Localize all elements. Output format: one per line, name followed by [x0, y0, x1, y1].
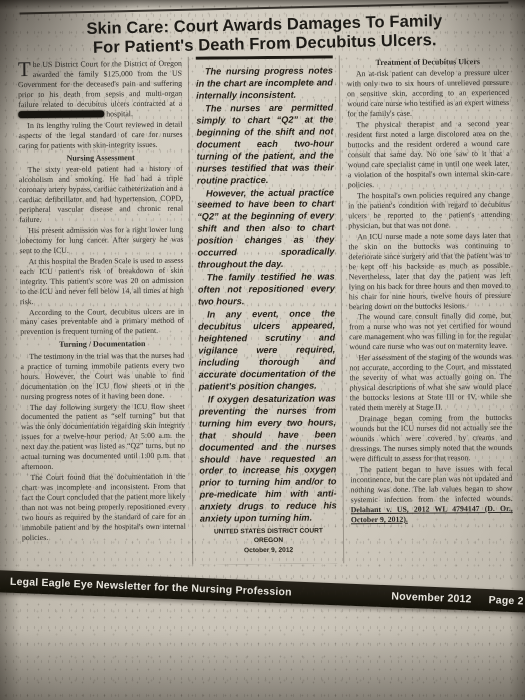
footer-banner-right: November 2012 Page 2 — [391, 590, 524, 607]
pull-quote: However, the actual practice seemed to h… — [197, 187, 335, 272]
court-date: October 9, 2012 — [244, 546, 293, 553]
court-name: UNITED STATES DISTRICT COURT — [214, 528, 323, 536]
paragraph: The sixty year-old patient had a history… — [19, 164, 184, 225]
drop-cap: T — [18, 60, 33, 77]
paragraph: Her assessment of the staging of the wou… — [349, 352, 512, 413]
page-number: Page 2 — [488, 594, 523, 607]
pull-quote: If oxygen desaturization was preventing … — [199, 393, 337, 526]
paragraph: The US District Court for the District o… — [18, 59, 183, 120]
pull-quote: The nurses are permitted simply to chart… — [196, 102, 334, 187]
paragraph: The testimony in the trial was that the … — [20, 350, 184, 401]
paragraph-text: hospital. — [106, 109, 133, 118]
case-citation: Delahant v. US, 2012 WL 4794147 (D. Or.,… — [351, 504, 513, 524]
paragraph: An ICU nurse made a note some days later… — [348, 231, 511, 312]
pull-quote: In any event, once the decubitus ulcers … — [198, 308, 336, 393]
article-body: The US District Court for the District o… — [16, 54, 515, 566]
article-right-column: Treatment of Decubitus Ulcers An at-risk… — [340, 54, 515, 563]
paragraph: His present admission was for a right lo… — [19, 224, 183, 255]
paragraph: Drainage began coming from the buttocks … — [350, 413, 512, 464]
paragraph: According to the Court, decubitus ulcers… — [20, 306, 184, 337]
section-heading-turning-documentation: Turning / Documentation — [20, 339, 184, 351]
page-title: Skin Care: Court Awards Damages To Famil… — [16, 10, 514, 60]
paragraph-text: he US District Court for the District of… — [18, 59, 182, 109]
paragraph: At this hospital the Braden Scale is use… — [20, 255, 184, 306]
footer-banner: Legal Eagle Eye Newsletter for the Nursi… — [0, 570, 525, 613]
newsletter-title: Legal Eagle Eye Newsletter for the Nursi… — [10, 576, 292, 599]
pull-quote-column: The nursing progress notes in the chart … — [188, 55, 344, 564]
paragraph: The physical therapist and a second year… — [347, 119, 510, 190]
pull-quote-bottom-rule — [200, 563, 337, 566]
paragraph: An at-risk patient can develop a pressur… — [347, 68, 509, 119]
paragraph: The wound care consult finally did come,… — [349, 311, 511, 352]
newsletter-page-photo: Skin Care: Court Awards Damages To Famil… — [0, 0, 525, 700]
pull-quote: The nursing progress notes in the chart … — [196, 65, 333, 102]
paragraph: The patient began to have issues with fe… — [350, 464, 513, 525]
issue-date: November 2012 — [391, 590, 472, 605]
paragraph-text: The patient began to have issues with fe… — [350, 464, 512, 504]
court-attribution: UNITED STATES DISTRICT COURT OREGON Octo… — [200, 527, 337, 556]
paragraph: In its lengthy ruling the Court reviewed… — [18, 120, 182, 151]
section-heading-treatment: Treatment of Decubitus Ulcers — [347, 57, 509, 69]
redacted-hospital-name — [18, 110, 104, 118]
court-state: OREGON — [254, 537, 283, 544]
paragraph: The day following surgery the ICU flow s… — [21, 401, 186, 472]
pull-quote: The family testified he was often not re… — [198, 272, 335, 309]
article-left-column: The US District Court for the District o… — [16, 57, 192, 566]
section-heading-nursing-assessment: Nursing Assessment — [19, 152, 183, 164]
paragraph: The hospital's own policies required any… — [348, 190, 510, 231]
article-header: Skin Care: Court Awards Damages To Famil… — [16, 1, 514, 60]
paragraph: The Court found that the documentation i… — [21, 472, 186, 543]
pull-quote-top-rule — [196, 55, 333, 59]
